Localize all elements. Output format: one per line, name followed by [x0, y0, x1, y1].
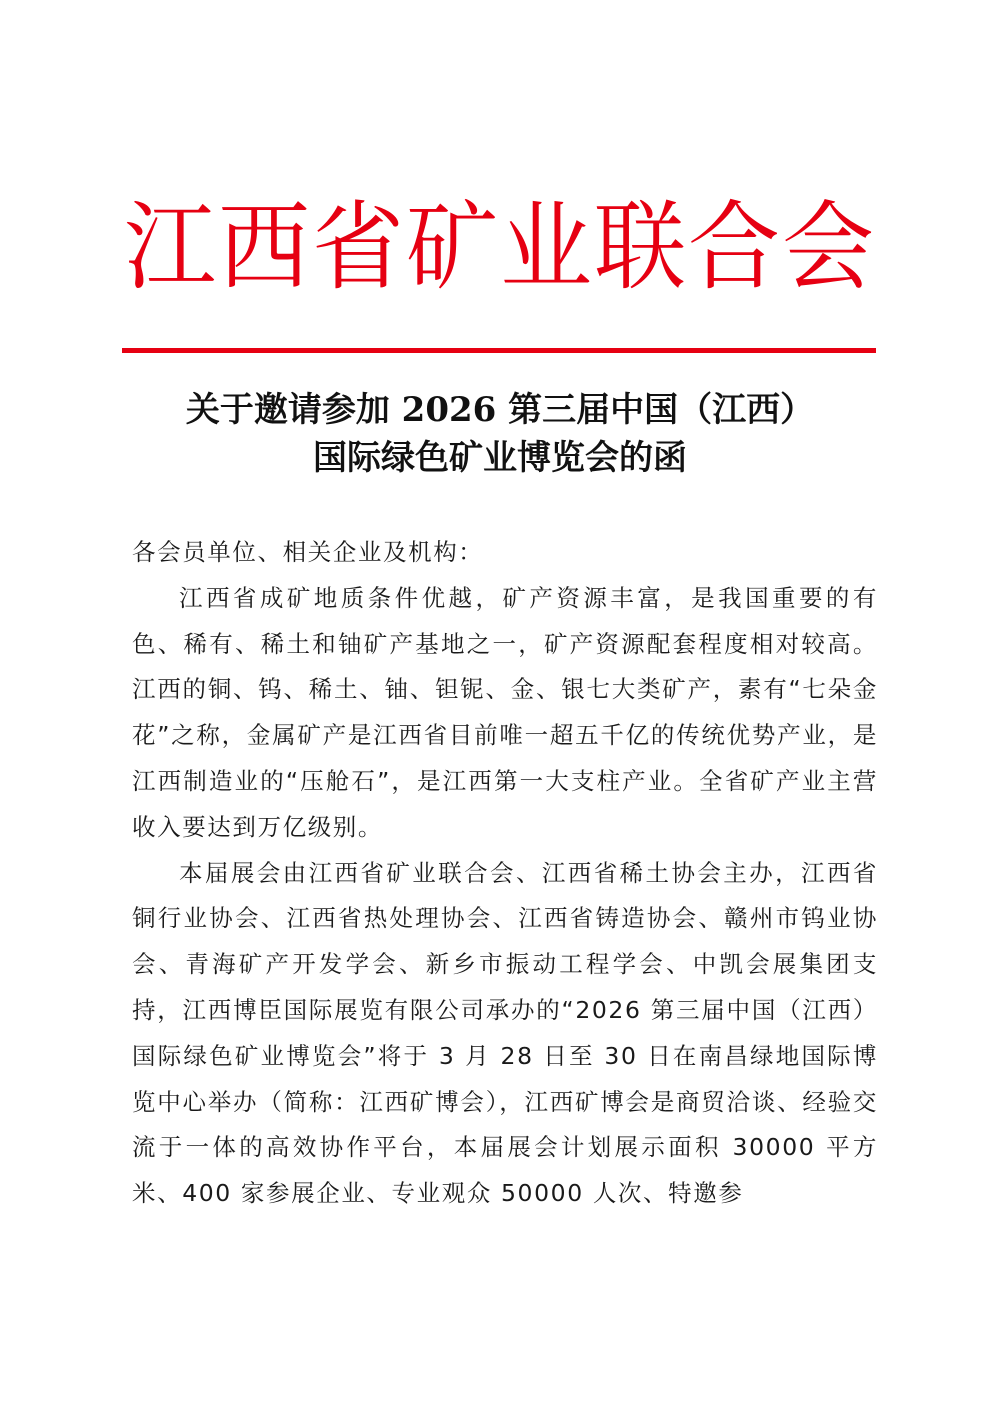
- salutation: 各会员单位、相关企业及机构：: [132, 530, 878, 576]
- body-paragraph-2: 本届展会由江西省矿业联合会、江西省稀土协会主办，江西省铜行业协会、江西省热处理协…: [132, 851, 878, 1217]
- document-title: 关于邀请参加 2026 第三届中国（江西） 国际绿色矿业博览会的函: [0, 386, 1000, 482]
- document-title-line-1: 关于邀请参加 2026 第三届中国（江西）: [0, 386, 1000, 434]
- document-title-line-2: 国际绿色矿业博览会的函: [0, 434, 1000, 482]
- letterhead-organization-name: 江西省矿业联合会: [0, 185, 1000, 311]
- document-body: 各会员单位、相关企业及机构： 江西省成矿地质条件优越，矿产资源丰富，是我国重要的…: [132, 530, 878, 1217]
- letterhead-red-divider: [122, 348, 876, 353]
- body-paragraph-1: 江西省成矿地质条件优越，矿产资源丰富，是我国重要的有色、稀有、稀土和铀矿产基地之…: [132, 576, 878, 851]
